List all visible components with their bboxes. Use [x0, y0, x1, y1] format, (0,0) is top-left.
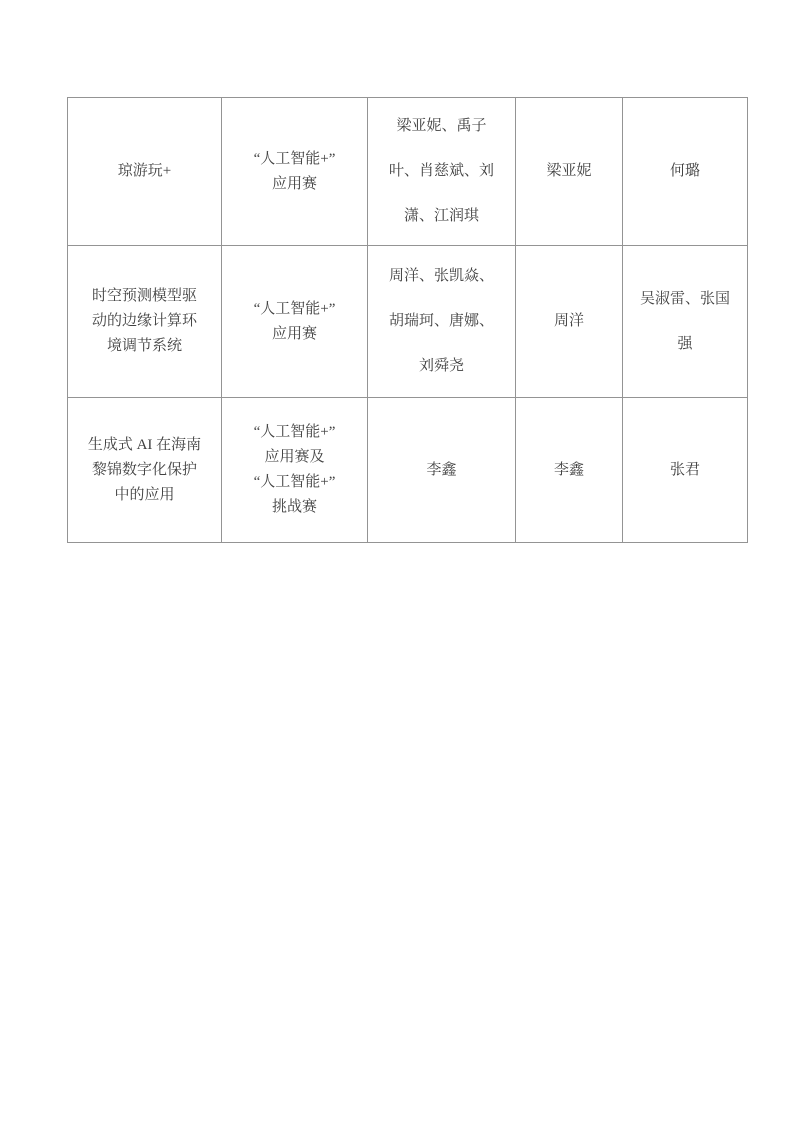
- cell-project-name: 时空预测模型驱 动的边缘计算环 境调节系统: [68, 246, 222, 398]
- cell-competition-category: “人工智能+” 应用赛: [222, 246, 368, 398]
- cell-competition-category: “人工智能+” 应用赛及 “人工智能+” 挑战赛: [222, 398, 368, 543]
- cell-team-leader: 周洋: [516, 246, 623, 398]
- cell-advisor: 何璐: [623, 98, 748, 246]
- cell-team-members: 李鑫: [368, 398, 516, 543]
- cell-team-leader: 梁亚妮: [516, 98, 623, 246]
- cell-team-members: 梁亚妮、禹子 叶、肖慈斌、刘 潇、江润琪: [368, 98, 516, 246]
- cell-advisor: 张君: [623, 398, 748, 543]
- cell-project-name: 琼游玩+: [68, 98, 222, 246]
- cell-project-name: 生成式 AI 在海南 黎锦数字化保护 中的应用: [68, 398, 222, 543]
- cell-team-leader: 李鑫: [516, 398, 623, 543]
- cell-competition-category: “人工智能+” 应用赛: [222, 98, 368, 246]
- table-row: 生成式 AI 在海南 黎锦数字化保护 中的应用 “人工智能+” 应用赛及 “人工…: [68, 398, 748, 543]
- cell-team-members: 周洋、张凯焱、 胡瑞珂、唐娜、 刘舜尧: [368, 246, 516, 398]
- cell-advisor: 吴淑雷、张国 强: [623, 246, 748, 398]
- awards-table: 琼游玩+ “人工智能+” 应用赛 梁亚妮、禹子 叶、肖慈斌、刘 潇、江润琪 梁亚…: [67, 97, 748, 543]
- table-row: 时空预测模型驱 动的边缘计算环 境调节系统 “人工智能+” 应用赛 周洋、张凯焱…: [68, 246, 748, 398]
- table-row: 琼游玩+ “人工智能+” 应用赛 梁亚妮、禹子 叶、肖慈斌、刘 潇、江润琪 梁亚…: [68, 98, 748, 246]
- document-page: 琼游玩+ “人工智能+” 应用赛 梁亚妮、禹子 叶、肖慈斌、刘 潇、江润琪 梁亚…: [0, 0, 799, 1131]
